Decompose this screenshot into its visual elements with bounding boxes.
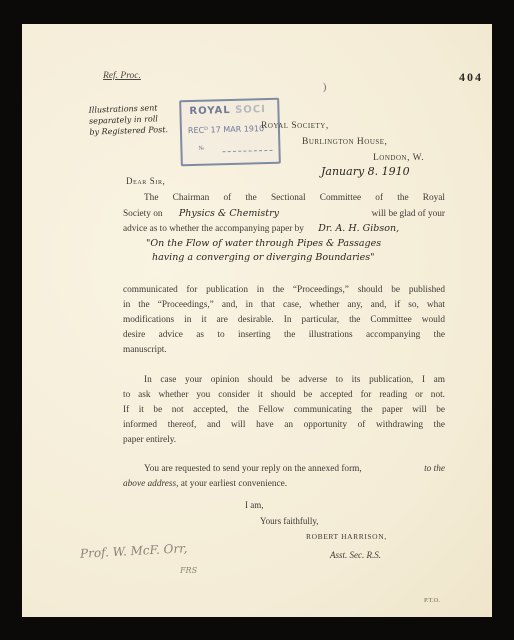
ref-label: Ref. Proc.	[103, 71, 141, 81]
text: Society on	[123, 209, 163, 219]
date-handwritten: January 8. 1910	[321, 165, 410, 178]
salutation: Dear Sir,	[126, 176, 165, 186]
margin-note-handwritten: Illustrations sent separately in roll by…	[88, 101, 189, 137]
body-line: informed thereof, and will have an oppor…	[123, 417, 445, 433]
italic-text: to the	[424, 461, 445, 477]
body-line: desire advice as to inserting the illust…	[123, 327, 445, 343]
text: advice as to whether the accompanying pa…	[123, 224, 304, 234]
pto-mark: P.T.O.	[424, 597, 440, 604]
stamp-date: RECᴰ 17 MAR 1910	[188, 124, 264, 135]
body-line: modifications in it are desirable. In pa…	[123, 312, 445, 328]
body-line: communicated for publication in the “Pro…	[123, 282, 445, 298]
stamp-word: ROYAL	[189, 105, 231, 117]
body-line: In case your opinion should be adverse t…	[144, 372, 445, 388]
italic-text: above address,	[123, 479, 178, 489]
address-line-3: London, W.	[373, 153, 424, 163]
body-line-with-italic: above address, at your earliest convenie…	[123, 476, 445, 492]
body-line: manuscript.	[123, 342, 445, 358]
page-number: 404	[459, 70, 483, 85]
stamp-title: ROYAL SOCI	[189, 104, 266, 117]
recipient-handwritten-pencil: Prof. W. McF. Orr,	[80, 541, 188, 561]
body-line: The Chairman of the Sectional Committee …	[144, 190, 445, 206]
text: at your earliest convenience.	[181, 479, 287, 489]
letter-page: Ref. Proc. 404 ) Illustrations sent sepa…	[22, 24, 492, 617]
subject-handwritten: Physics & Chemistry	[179, 208, 279, 219]
body-line-with-author: advice as to whether the accompanying pa…	[123, 221, 445, 237]
body-line: paper entirely.	[123, 432, 445, 448]
author-handwritten: Dr. A. H. Gibson,	[318, 223, 399, 234]
closing-line-2: Yours faithfully,	[260, 516, 319, 526]
address-line-2: Burlington House,	[302, 137, 387, 147]
stamp-word-faint: SOCI	[235, 104, 266, 116]
stamp-number-line	[223, 150, 273, 152]
recipient-frs-pencil: FRS	[180, 566, 197, 575]
received-stamp: ROYAL SOCI RECᴰ 17 MAR 1910 №	[179, 98, 281, 167]
body-line-with-subject: Society on Physics & Chemistry will be g…	[123, 206, 445, 222]
body-line: in the “Proceedings,” and, in that case,…	[123, 297, 445, 313]
text: will be glad of your	[372, 206, 445, 222]
body-line: If it be not accepted, the Fellow commun…	[123, 402, 445, 418]
margin-note-line: by Registered Post.	[89, 123, 189, 137]
closing-line-1: I am,	[245, 500, 264, 510]
signatory-name: ROBERT HARRISON,	[306, 532, 387, 541]
paper-title-handwritten-2: having a converging or diverging Boundar…	[152, 250, 375, 266]
body-line: to ask whether you consider it should be…	[123, 387, 445, 403]
signatory-title: Asst. Sec. R.S.	[330, 550, 381, 560]
text: You are requested to send your reply on …	[144, 464, 362, 474]
address-line-1: Royal Society,	[261, 121, 329, 131]
body-line-with-italic: You are requested to send your reply on …	[144, 461, 445, 477]
pencil-mark: )	[323, 82, 326, 93]
stamp-number-label: №	[198, 146, 204, 152]
